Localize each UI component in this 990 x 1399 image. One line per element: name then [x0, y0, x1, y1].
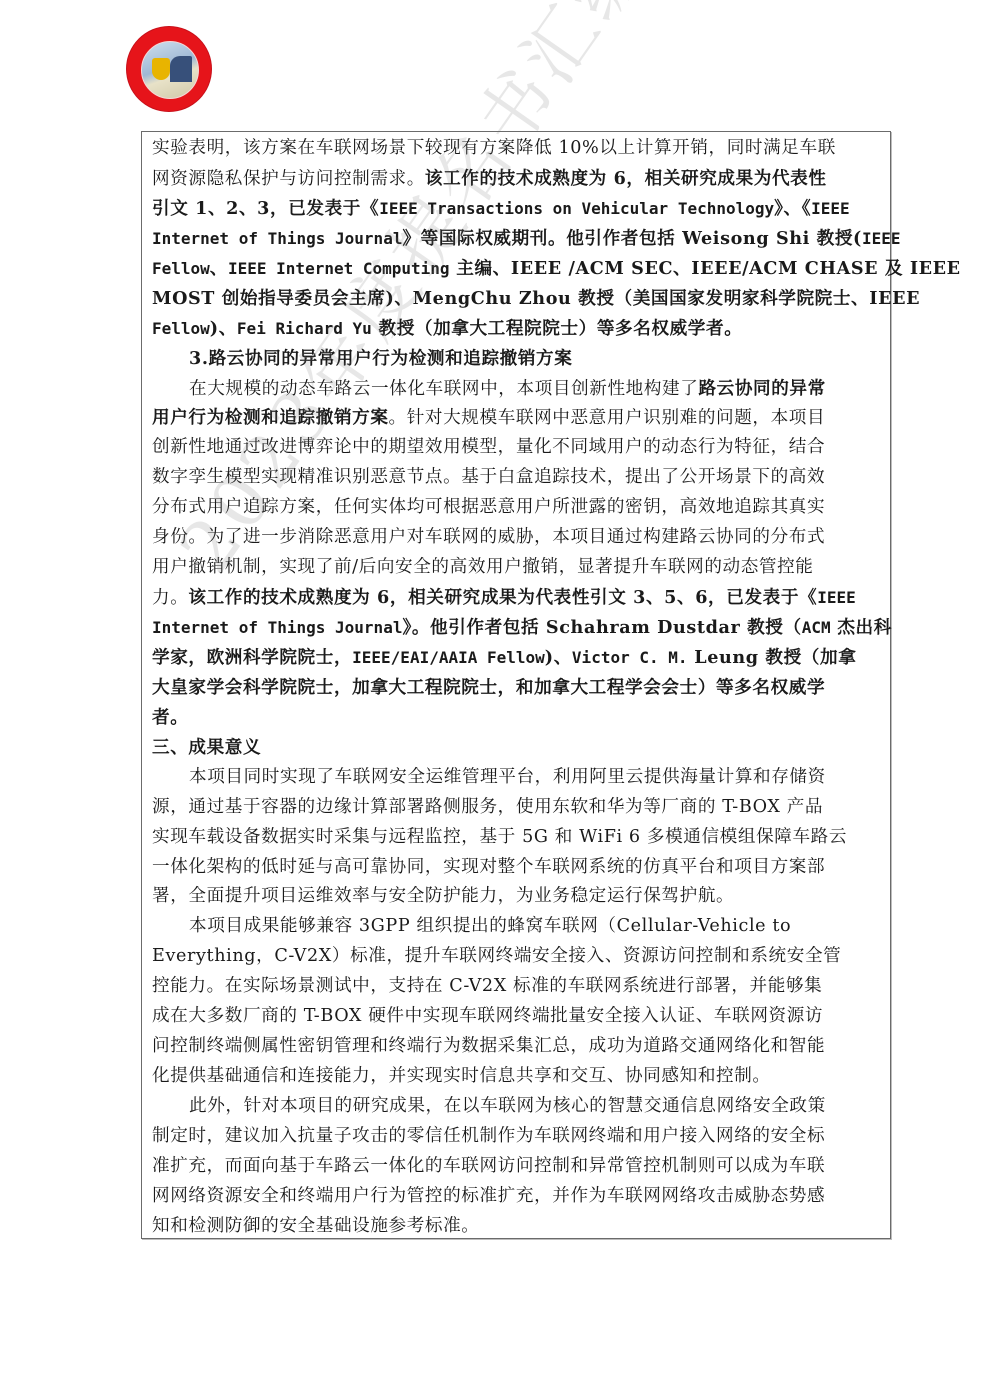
paragraph-line: 用户撤销机制，实现了前/后向安全的高效用户撤销，显著提升车联网的动态管控能: [152, 553, 884, 583]
paragraph-line: Internet of Things Journal》等国际权威期刊。他引作者包…: [152, 224, 884, 254]
paragraph-line: 数字孪生模型实现精准识别恶意节点。基于白盒追踪技术，提出了公开场景下的高效: [152, 463, 884, 493]
paragraph-line: 实验表明，该方案在车联网场景下较现有方案降低 10%以上计算开销，同时满足车联: [152, 134, 884, 164]
paragraph-line: 分布式用户追踪方案，任何实体均可根据恶意用户所泄露的密钥，高效地追踪其真实: [152, 493, 884, 523]
paragraph-line: 化提供基础通信和连接能力，并实现实时信息共享和交互、协同感知和控制。: [152, 1062, 884, 1092]
paragraph-line: 控能力。在实际场景测试中，支持在 C-V2X 标准的车联网系统进行部署，并能够集: [152, 972, 884, 1002]
paragraph-line: 创新性地通过改进博弈论中的期望效用模型，量化不同域用户的动态行为特征，结合: [152, 433, 884, 463]
paragraph-line: 身份。为了进一步消除恶意用户对车联网的威胁，本项目通过构建路云协同的分布式: [152, 523, 884, 553]
section-heading: 三、成果意义: [152, 733, 884, 763]
paragraph-line: 制定时，建议加入抗量子攻击的零信任机制作为车联网终端和用户接入网络的安全标: [152, 1122, 884, 1152]
paragraph-line: Fellow、IEEE Internet Computing 主编、IEEE /…: [152, 254, 884, 284]
paragraph-line: 在大规模的动态车路云一体化车联网中，本项目创新性地构建了路云协同的异常: [152, 374, 884, 404]
paragraph-line: 引文 1、2、3，已发表于《IEEE Transactions on Vehic…: [152, 194, 884, 224]
paragraph-line: 源，通过基于容器的边缘计算部署路侧服务，使用东软和华为等厂商的 T-BOX 产品: [152, 793, 884, 823]
paragraph-line: 力。该工作的技术成熟度为 6，相关研究成果为代表性引文 3、5、6，已发表于《I…: [152, 583, 884, 613]
section-heading: 3.路云协同的异常用户行为检测和追踪撤销方案: [152, 344, 884, 374]
paragraph-line: Internet of Things Journal》。他引作者包括 Schah…: [152, 613, 884, 643]
paragraph-line: 者。: [152, 703, 884, 733]
trophy-icon: [152, 58, 170, 80]
paragraph-line: 一体化架构的低时延与高可靠协同，实现对整个车联网系统的仿真平台和项目方案部: [152, 853, 884, 883]
seal-emblem: [141, 41, 199, 99]
paragraph-line: 实现车载设备数据实时采集与远程监控，基于 5G 和 WiFi 6 多模通信模组保…: [152, 823, 884, 853]
paragraph-line: 问控制终端侧属性密钥管理和终端行为数据采集汇总，成功为道路交通网络化和智能: [152, 1032, 884, 1062]
organization-seal-logo: [127, 27, 211, 111]
paragraph-line: 大皇家学会科学院院士，加拿大工程院院士，和加拿大工程学会会士）等多名权威学: [152, 673, 884, 703]
paragraph-line: 本项目成果能够兼容 3GPP 组织提出的蜂窝车联网（Cellular-Vehic…: [152, 912, 884, 942]
paragraph-line: MOST 创始指导委员会主席)、MengChu Zhou 教授（美国国家发明家科…: [152, 284, 884, 314]
paragraph-line: 此外，针对本项目的研究成果，在以车联网为核心的智慧交通信息网络安全政策: [152, 1092, 884, 1122]
paragraph-line: Everything，C-V2X）标准，提升车联网终端安全接入、资源访问控制和系…: [152, 942, 884, 972]
paragraph-line: 用户行为检测和追踪撤销方案。针对大规模车联网中恶意用户识别难的问题，本项目: [152, 403, 884, 433]
paragraph-line: 成在大多数厂商的 T-BOX 硬件中实现车联网终端批量安全接入认证、车联网资源访: [152, 1002, 884, 1032]
paragraph-line: 准扩充，而面向基于车路云一体化的车联网访问控制和异常管控机制则可以成为车联: [152, 1152, 884, 1182]
paragraph-line: 学家，欧洲科学院院士，IEEE/EAI/AAIA Fellow)、Victor …: [152, 643, 884, 673]
document-body: 实验表明，该方案在车联网场景下较现有方案降低 10%以上计算开销，同时满足车联 …: [152, 134, 884, 1242]
paragraph-line: Fellow)、Fei Richard Yu 教授（加拿大工程院院士）等多名权威…: [152, 314, 884, 344]
paragraph-line: 网网络资源安全和终端用户行为管控的标准扩充，并作为车联网网络攻击威胁态势感: [152, 1182, 884, 1212]
paragraph-line: 网资源隐私保护与访问控制需求。该工作的技术成熟度为 6，相关研究成果为代表性: [152, 164, 884, 194]
document-table-cell: 实验表明，该方案在车联网场景下较现有方案降低 10%以上计算开销，同时满足车联 …: [141, 131, 891, 1239]
building-icon: [170, 56, 192, 82]
paragraph-line: 知和检测防御的安全基础设施参考标准。: [152, 1212, 884, 1242]
paragraph-line: 本项目同时实现了车联网安全运维管理平台，利用阿里云提供海量计算和存储资: [152, 763, 884, 793]
paragraph-line: 署，全面提升项目运维效率与安全防护能力，为业务稳定运行保驾护航。: [152, 882, 884, 912]
